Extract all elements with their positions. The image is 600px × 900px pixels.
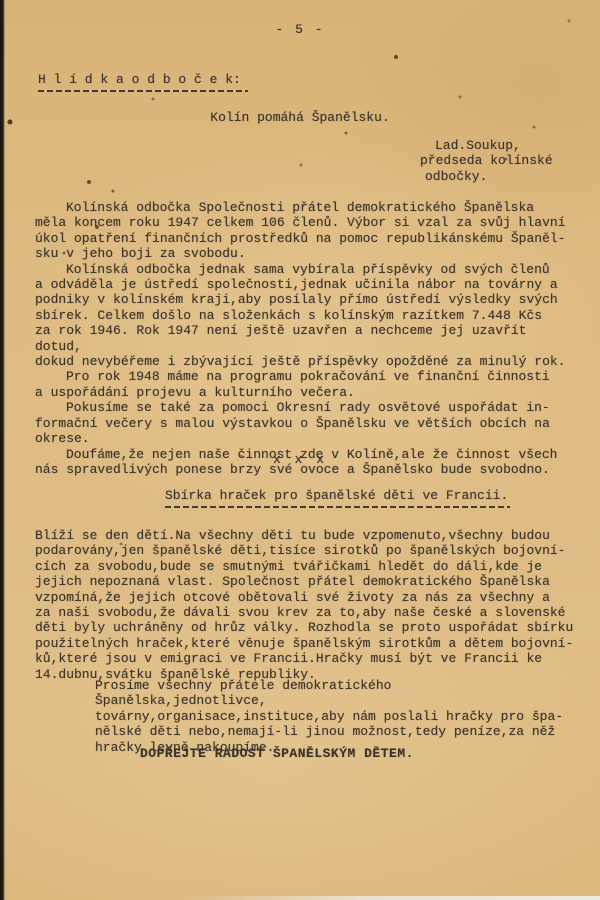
page-number: - 5 -: [0, 22, 600, 37]
paragraph: Pro rok 1948 máme na programu pokračován…: [35, 369, 575, 400]
signature-org: odbočky.: [425, 169, 553, 184]
article2-slogan: DOPŘEJTE RADOST ŠPANĚLSKÝM DĚTEM.: [140, 746, 414, 761]
paragraph: Pokusíme se také za pomoci Okresní rady …: [35, 400, 575, 446]
signature-role: předseda kolínské: [420, 153, 553, 168]
article2-title-block: Sbírka hraček pro španělské děti ve Fran…: [165, 488, 510, 508]
column-heading: H l í d k a o d b o č e k:: [38, 72, 248, 87]
dashed-underline: [165, 505, 510, 508]
column-heading-block: H l í d k a o d b o č e k:: [38, 72, 248, 92]
dashed-underline: [38, 89, 248, 92]
article1-title: Kolín pomáhá Španělsku.: [0, 110, 600, 125]
article2-appeal: Prosíme všechny přátele demokratického Š…: [95, 678, 570, 755]
scan-left-edge: [0, 0, 5, 900]
article2-body: Blíží se den dětí.Na všechny děti tu bud…: [35, 528, 575, 682]
signature-name: Lad.Soukup,: [435, 138, 553, 153]
paragraph: Blíží se den dětí.Na všechny děti tu bud…: [35, 528, 575, 682]
scan-bottom-edge: [0, 896, 600, 900]
section-separator: x x x: [0, 452, 600, 467]
scanned-document-page: - 5 - H l í d k a o d b o č e k: Kolín p…: [0, 0, 600, 900]
article1-body: Kolínská odbočka Společnosti přátel demo…: [35, 200, 575, 477]
article2-title: Sbírka hraček pro španělské děti ve Fran…: [165, 488, 510, 503]
paragraph: Kolínská odbočka jednak sama vybírala př…: [35, 262, 575, 370]
paper-stains: [0, 0, 2, 2]
paragraph: Kolínská odbočka Společnosti přátel demo…: [35, 200, 575, 262]
article1-signature: Lad.Soukup, předseda kolínské odbočky.: [420, 138, 553, 184]
